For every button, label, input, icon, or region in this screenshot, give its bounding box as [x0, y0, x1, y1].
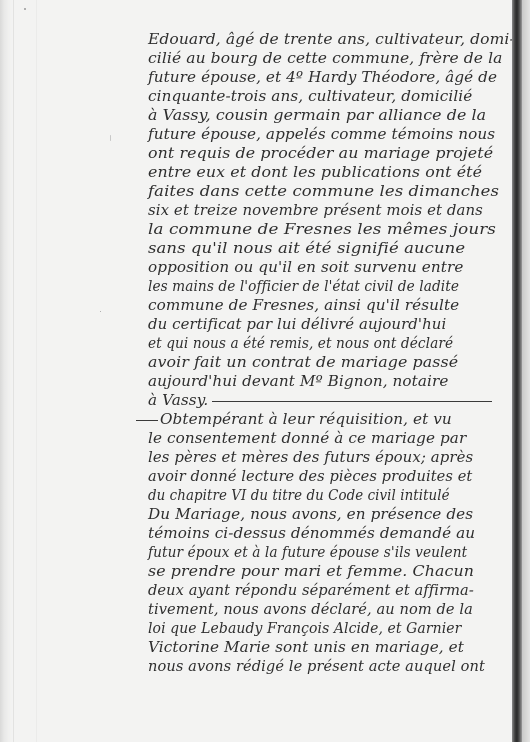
paper-speck — [100, 311, 101, 312]
page-binding-shadow — [512, 0, 522, 742]
paper-speck — [24, 8, 26, 10]
text-line: faites dans cette commune les dimanches — [148, 181, 499, 201]
text-line: et qui nous a été remis, et nous ont déc… — [148, 333, 453, 353]
text-line: futur époux et à la future épouse s'ils … — [148, 542, 467, 562]
text-line-spouse-names: loi que Lebaudy François Alcide, et Garn… — [148, 618, 461, 638]
text-line: du certificat par lui délivré aujourd'hu… — [148, 314, 446, 334]
text-line: cilié au bourg de cette commune, frère d… — [148, 48, 502, 68]
text-line: aujourd'hui devant Mº Bignon, notaire — [148, 371, 448, 391]
text-line: opposition ou qu'il en soit survenu entr… — [148, 257, 463, 277]
text-line: ont requis de procéder au mariage projet… — [148, 143, 493, 163]
register-page: Edouard, âgé de trente ans, cultivateur,… — [0, 0, 530, 742]
text-line: entre eux et dont les publications ont é… — [148, 162, 482, 182]
text-line: cinquante-trois ans, cultivateur, domici… — [148, 86, 472, 106]
text-line: Edouard, âgé de trente ans, cultivateur,… — [148, 29, 515, 49]
text-line: tivement, nous avons déclaré, au nom de … — [148, 599, 473, 619]
text-line: future épouse, appelés comme témoins nou… — [148, 124, 495, 144]
paper-speck — [110, 135, 111, 141]
margin-rule — [36, 0, 37, 742]
text-line: six et treize novembre présent mois et d… — [148, 200, 483, 220]
text-line: Victorine Marie sont unis en mariage, et — [148, 637, 464, 657]
text-segment: Obtempérant à leur réquisition, et vu — [160, 410, 452, 428]
text-line: les pères et mères des futurs époux; apr… — [148, 447, 473, 467]
text-segment: à Vassy. — [148, 391, 208, 409]
page-binding-edge — [522, 0, 530, 742]
text-line: avoir donné lecture des pièces produites… — [148, 466, 472, 486]
text-line: les mains de l'officier de l'état civil … — [148, 276, 459, 296]
paragraph-lead-stroke — [136, 420, 158, 421]
text-line: témoins ci-dessus dénommés demandé au — [148, 523, 475, 543]
text-line-with-rule: à Vassy. — [148, 390, 492, 410]
text-line: nous avons rédigé le présent acte auquel… — [148, 656, 485, 676]
text-line: le consentement donné à ce mariage par — [148, 428, 466, 448]
text-line: Du Mariage, nous avons, en présence des — [148, 504, 473, 524]
line-filler-stroke — [212, 401, 492, 402]
text-line: du chapitre VI du titre du Code civil in… — [148, 485, 450, 505]
text-line: commune de Fresnes, ainsi qu'il résulte — [148, 295, 459, 315]
text-line: à Vassy, cousin germain par alliance de … — [148, 105, 486, 125]
text-line-paragraph-start: Obtempérant à leur réquisition, et vu — [136, 409, 452, 429]
page-edge-rule — [13, 0, 14, 742]
text-line: deux ayant répondu séparément et affirma… — [148, 580, 474, 600]
text-line: se prendre pour mari et femme. Chacun — [148, 561, 474, 581]
text-line: sans qu'il nous ait été signifié aucune — [148, 238, 465, 258]
text-line: avoir fait un contrat de mariage passé — [148, 352, 458, 372]
page-left-edge — [0, 0, 12, 742]
text-line: future épouse, et 4º Hardy Théodore, âgé… — [148, 67, 497, 87]
text-line: la commune de Fresnes les mêmes jours — [148, 219, 496, 239]
